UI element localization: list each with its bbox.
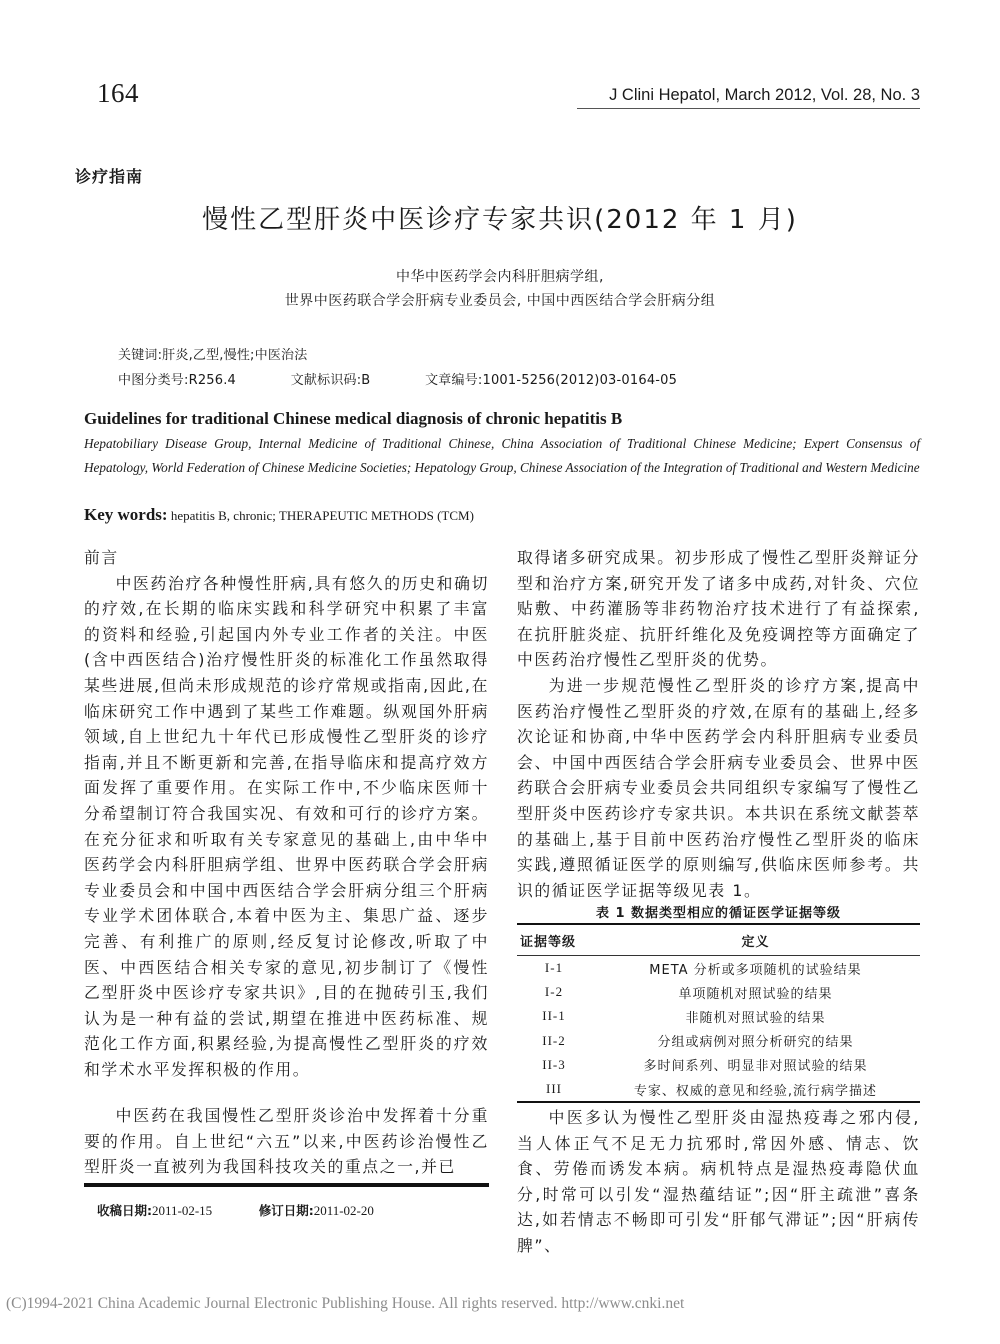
received-date: 2011-02-15: [152, 1203, 212, 1218]
table-row: I-2 单项随机对照试验的结果: [517, 980, 920, 1004]
revised-date: 2011-02-20: [314, 1203, 374, 1218]
column-header-level: 证据等级: [517, 924, 591, 956]
evidence-level: II-1: [517, 1004, 591, 1028]
keywords-cn: 关键词:肝炎,乙型,慢性;中医治法: [118, 344, 307, 363]
table-row: II-2 分组或病例对照分析研究的结果: [517, 1029, 920, 1053]
section-label: 诊疗指南: [75, 164, 143, 187]
paragraph: 中医多认为慢性乙型肝炎由湿热疫毒之邪内侵,当人体正气不足无力抗邪时,常因外感、情…: [517, 1105, 920, 1259]
evidence-level: II-2: [517, 1029, 591, 1053]
table-row: II-3 多时间系列、明显非对照试验的结果: [517, 1053, 920, 1077]
footnote-divider: [84, 1183, 489, 1187]
evidence-level: I-1: [517, 956, 591, 981]
right-column: 取得诸多研究成果。初步形成了慢性乙型肝炎辩证分型和治疗方案,研究开发了诸多中成药…: [517, 545, 920, 903]
table-row: II-1 非随机对照试验的结果: [517, 1004, 920, 1028]
clc-number: 中图分类号:R256.4: [118, 373, 236, 388]
evidence-definition: 多时间系列、明显非对照试验的结果: [591, 1053, 920, 1077]
running-head: J Clini Hepatol, March 2012, Vol. 28, No…: [577, 86, 920, 109]
column-header-definition: 定义: [591, 924, 920, 956]
left-column: 前言 中医药治疗各种慢性肝病,具有悠久的历史和确切的疗效,在长期的临床实践和科学…: [84, 545, 489, 1082]
right-column-continued: 中医多认为慢性乙型肝炎由湿热疫毒之邪内侵,当人体正气不足无力抗邪时,常因外感、情…: [517, 1105, 920, 1259]
classification-line: 中图分类号:R256.4 文献标识码:B 文章编号:1001-5256(2012…: [118, 369, 677, 388]
article-id: 文章编号:1001-5256(2012)03-0164-05: [425, 373, 677, 388]
table-header-row: 证据等级 定义: [517, 924, 920, 956]
evidence-definition: 专家、权威的意见和经验,流行病学描述: [591, 1077, 920, 1102]
authors-line-1: 中华中医药学会内科肝胆病学组,: [0, 265, 1000, 289]
evidence-definition: 非随机对照试验的结果: [591, 1004, 920, 1028]
document-code: 文献标识码:B: [291, 373, 371, 388]
english-title: Guidelines for traditional Chinese medic…: [84, 409, 622, 429]
left-column-continued: 中医药在我国慢性乙型肝炎诊治中发挥着十分重要的作用。自上世纪“六五”以来,中医药…: [84, 1103, 489, 1180]
article-title: 慢性乙型肝炎中医诊疗专家共识(2012 年 1 月): [0, 199, 1000, 236]
table-row: I-1 META 分析或多项随机的试验结果: [517, 956, 920, 981]
evidence-level: I-2: [517, 980, 591, 1004]
paragraph: 中医药治疗各种慢性肝病,具有悠久的历史和确切的疗效,在长期的临床实践和科学研究中…: [84, 571, 489, 1083]
evidence-level: III: [517, 1077, 591, 1102]
revised-label: 修订日期:: [259, 1203, 314, 1218]
paragraph: 取得诸多研究成果。初步形成了慢性乙型肝炎辩证分型和治疗方案,研究开发了诸多中成药…: [517, 545, 920, 673]
table-caption: 表 1 数据类型相应的循证医学证据等级: [517, 902, 920, 921]
evidence-definition: 分组或病例对照分析研究的结果: [591, 1029, 920, 1053]
evidence-definition: META 分析或多项随机的试验结果: [591, 956, 920, 981]
english-keywords: Key words: hepatitis B, chronic; THERAPE…: [84, 505, 474, 525]
english-keywords-value: hepatitis B, chronic; THERAPEUTIC METHOD…: [168, 508, 474, 523]
evidence-level: II-3: [517, 1053, 591, 1077]
authors-line-2: 世界中医药联合学会肝病专业委员会, 中国中西医结合学会肝病分组: [0, 289, 1000, 313]
paragraph: 中医药在我国慢性乙型肝炎诊治中发挥着十分重要的作用。自上世纪“六五”以来,中医药…: [84, 1103, 489, 1180]
footnote-dates: 收稿日期:2011-02-15 修订日期:2011-02-20: [97, 1201, 374, 1219]
english-affiliations: Hepatobiliary Disease Group, Internal Me…: [84, 432, 920, 479]
evidence-definition: 单项随机对照试验的结果: [591, 980, 920, 1004]
copyright-notice: (C)1994-2021 China Academic Journal Elec…: [6, 1295, 684, 1313]
author-groups: 中华中医药学会内科肝胆病学组, 世界中医药联合学会肝病专业委员会, 中国中西医结…: [0, 265, 1000, 313]
received-label: 收稿日期:: [97, 1203, 152, 1218]
paragraph: 为进一步规范慢性乙型肝炎的诊疗方案,提高中医药治疗慢性乙型肝炎的疗效,在原有的基…: [517, 673, 920, 903]
section-heading-preface: 前言: [84, 545, 489, 571]
english-keywords-label: Key words:: [84, 505, 168, 524]
evidence-level-table: 证据等级 定义 I-1 META 分析或多项随机的试验结果 I-2 单项随机对照…: [517, 923, 920, 1103]
page-number: 164: [97, 78, 139, 109]
table-row: III 专家、权威的意见和经验,流行病学描述: [517, 1077, 920, 1102]
